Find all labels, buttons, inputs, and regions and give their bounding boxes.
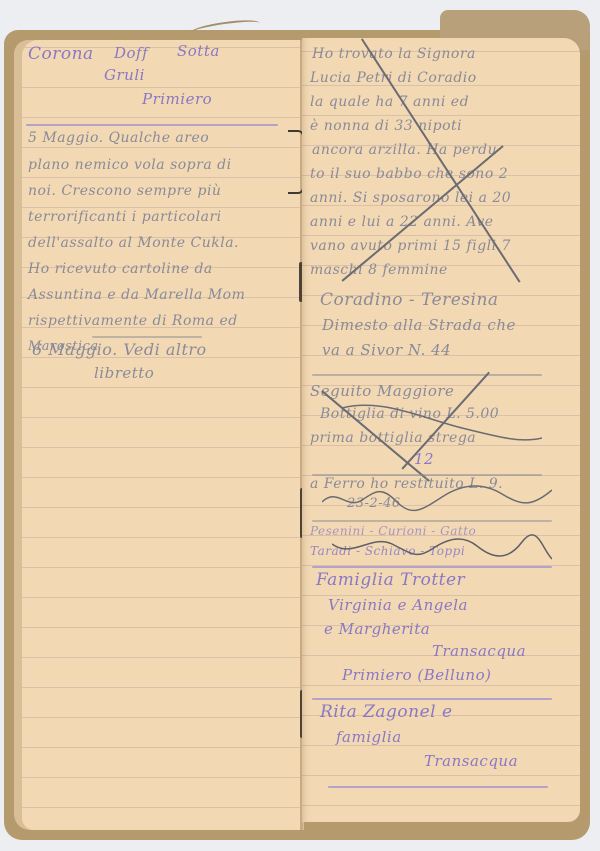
divider-line [312, 698, 552, 700]
entry-line: Coradino - Teresina [320, 290, 499, 310]
entry-line: famiglia [336, 728, 402, 746]
cross-out-squiggle [332, 534, 552, 564]
entry-line: 5 Maggio. Qualche areo [28, 130, 209, 146]
left-page: Corona Doff Sotta Gruli Primiero 5 Maggi… [22, 40, 302, 830]
header-sotta: Sotta [177, 42, 220, 60]
entry-line: Ho trovato la Signora [312, 46, 476, 62]
entry-line: libretto [94, 364, 154, 382]
entry-line: Dimesto alla Strada che [322, 316, 516, 334]
entry-line: Primiero (Belluno) [342, 666, 491, 684]
header-doff: Doff [114, 44, 148, 62]
entry-line: ancora arzilla. Ha perdu [312, 142, 497, 158]
entry-line: terrorificanti i particolari [28, 209, 222, 225]
entry-line: la quale ha 7 anni ed [310, 94, 469, 110]
entry-line: va a Sivor N. 44 [322, 341, 451, 359]
divider-line [312, 520, 552, 522]
entry-line: plano nemico vola sopra di [28, 157, 232, 173]
entry-line: to il suo babbo che sono 2 [310, 166, 508, 182]
header-primiero: Primiero [142, 90, 212, 108]
entry-line: rispettivamente di Roma ed [28, 313, 238, 329]
entry-line: maschi 8 femmine [310, 262, 448, 278]
entry-line: Famiglia Trotter [316, 570, 465, 590]
entry-line: 6 Maggio. Vedi altro [32, 340, 207, 359]
header-corona: Corona [28, 44, 94, 64]
entry-line: Lucia Petri di Coradio [310, 70, 477, 86]
entry-line: anni e lui a 22 anni. Ave [310, 214, 494, 230]
cross-out-squiggle [342, 398, 542, 448]
entry-line: Rita Zagonel e [320, 702, 453, 722]
divider-line [26, 124, 278, 126]
divider-line [92, 336, 202, 338]
entry-line: dell'assalto al Monte Cukla. [28, 235, 239, 251]
right-page: Ho trovato la Signora Lucia Petri di Cor… [302, 38, 580, 822]
entry-line: anni. Si sposarono lei a 20 [310, 190, 511, 206]
entry-line: Transacqua [424, 752, 518, 770]
divider-line [312, 374, 542, 376]
entry-line: è nonna di 33 nipoti [310, 118, 462, 134]
entry-line: Assuntina e da Marella Mom [28, 287, 245, 303]
entry-line: Transacqua [432, 642, 526, 660]
entry-line: Ho ricevuto cartoline da [28, 261, 213, 277]
entry-line: Virginia e Angela [328, 596, 468, 614]
cross-out-squiggle [322, 482, 552, 512]
entry-line: vano avuto primi 15 figli 7 [310, 238, 511, 254]
entry-line: noi. Crescono sempre più [28, 183, 221, 199]
divider-line [328, 786, 548, 788]
header-gruli: Gruli [104, 66, 145, 84]
entry-line: e Margherita [324, 620, 430, 638]
divider-line [312, 566, 552, 568]
